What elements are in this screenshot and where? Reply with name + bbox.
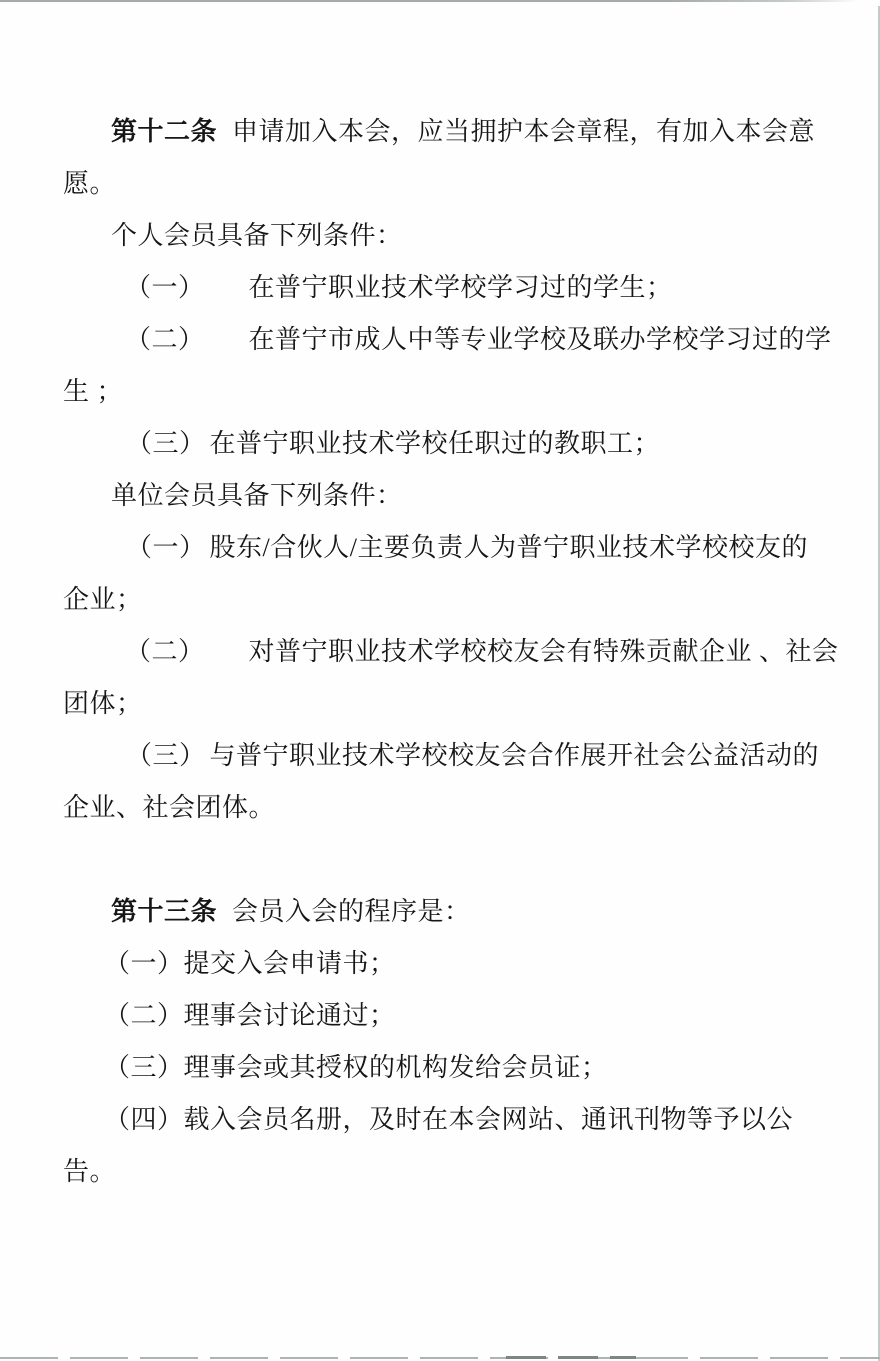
- line-text: 告。: [63, 1157, 116, 1186]
- text-line: （三）与普宁职业技术学校校友会合作展开社会公益活动的: [0, 730, 840, 782]
- list-item-marker: （三）: [126, 429, 206, 458]
- line-text: 单位会员具备下列条件：: [111, 481, 403, 510]
- text-line: （二）对普宁职业技术学校校友会有特殊贡献企业 、社会: [0, 626, 840, 678]
- line-text: 生 ；: [63, 377, 123, 406]
- text-line: 第十三条会员入会的程序是：: [0, 886, 840, 938]
- text-line: （一）在普宁职业技术学校学习过的学生；: [0, 262, 840, 314]
- line-text: 与普宁职业技术学校校友会合作展开社会公益活动的: [210, 741, 820, 770]
- line-text: 愿。: [63, 169, 116, 198]
- list-item-marker: （二）: [125, 325, 205, 354]
- line-text: 个人会员具备下列条件：: [111, 221, 403, 250]
- text-line: 团体；: [0, 678, 840, 730]
- text-line: 告。: [0, 1146, 840, 1198]
- article-number: 第十三条: [111, 897, 217, 926]
- text-line: （三）在普宁职业技术学校任职过的教职工；: [0, 418, 840, 470]
- scan-edge-bottom-dark: [506, 1356, 636, 1359]
- text-line: 企业、社会团体。: [0, 782, 840, 834]
- article-number: 第十二条: [111, 117, 217, 146]
- list-item-marker: （三）: [104, 1053, 184, 1082]
- blank-line: [0, 834, 840, 886]
- line-text: 申请加入本会，应当拥护本会章程，有加入本会意: [232, 117, 815, 146]
- text-line: 生 ；: [0, 366, 840, 418]
- scan-edge-top: [0, 0, 858, 2]
- text-line: 企业；: [0, 574, 840, 626]
- text-line: 愿。: [0, 158, 840, 210]
- line-text: 载入会员名册，及时在本会网站、通讯刊物等予以公: [184, 1105, 794, 1134]
- text-line: （一）股东/合伙人/主要负责人为普宁职业技术学校校友的: [0, 522, 840, 574]
- list-item-marker: （二）: [125, 637, 205, 666]
- text-line: 第十二条申请加入本会，应当拥护本会章程，有加入本会意: [0, 106, 840, 158]
- list-item-marker: （三）: [126, 741, 206, 770]
- line-text: 对普宁职业技术学校校友会有特殊贡献企业 、社会: [249, 637, 839, 666]
- list-item-marker: （二）: [104, 1001, 184, 1030]
- line-text: 企业、社会团体。: [63, 793, 275, 822]
- line-text: 理事会讨论通过；: [184, 1001, 396, 1030]
- text-line: 单位会员具备下列条件：: [0, 470, 840, 522]
- text-line: 个人会员具备下列条件：: [0, 210, 840, 262]
- text-line: （四）载入会员名册，及时在本会网站、通讯刊物等予以公: [0, 1094, 840, 1146]
- line-text: 团体；: [63, 689, 143, 718]
- text-line: （二）在普宁市成人中等专业学校及联办学校学习过的学: [0, 314, 840, 366]
- line-text: 理事会或其授权的机构发给会员证；: [184, 1053, 608, 1082]
- line-text: 股东/合伙人/主要负责人为普宁职业技术学校校友的: [210, 533, 808, 562]
- line-text: 在普宁市成人中等专业学校及联办学校学习过的学: [249, 325, 832, 354]
- line-text: 在普宁职业技术学校任职过的教职工；: [210, 429, 661, 458]
- list-item-marker: （一）: [104, 949, 184, 978]
- scan-edge-bottom: [0, 1357, 880, 1359]
- line-text: 提交入会申请书；: [184, 949, 396, 978]
- line-text: 会员入会的程序是：: [232, 897, 471, 926]
- line-text: 在普宁职业技术学校学习过的学生；: [249, 273, 673, 302]
- text-line: （一）提交入会申请书；: [0, 938, 840, 990]
- scanned-document-page: 第十二条申请加入本会，应当拥护本会章程，有加入本会意愿。个人会员具备下列条件：（…: [0, 0, 880, 1361]
- list-item-marker: （一）: [125, 273, 205, 302]
- list-item-marker: （一）: [126, 533, 206, 562]
- text-line: （二）理事会讨论通过；: [0, 990, 840, 1042]
- text-line: （三）理事会或其授权的机构发给会员证；: [0, 1042, 840, 1094]
- list-item-marker: （四）: [104, 1105, 184, 1134]
- line-text: 企业；: [63, 585, 143, 614]
- document-body: 第十二条申请加入本会，应当拥护本会章程，有加入本会意愿。个人会员具备下列条件：（…: [0, 106, 840, 1198]
